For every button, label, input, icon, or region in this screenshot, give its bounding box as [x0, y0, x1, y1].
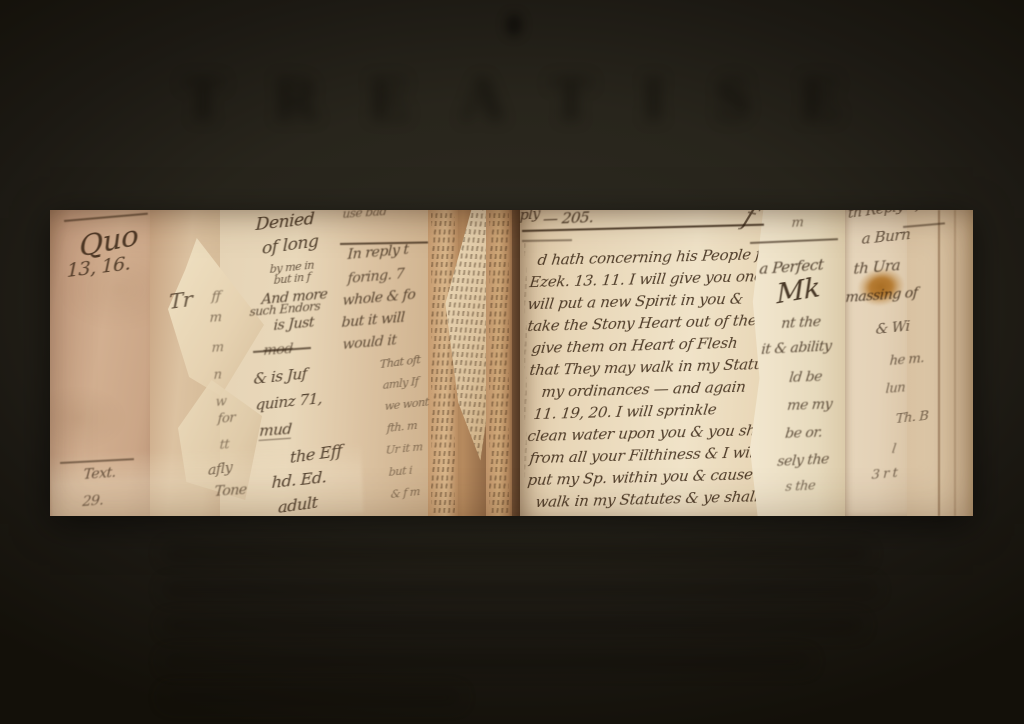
torn-overlay-strip: [750, 210, 845, 516]
right-page-strip: [907, 210, 973, 516]
manuscript-photo: d hath concerning his People fEzek. 13. …: [50, 210, 973, 516]
book-gutter-shadow: [508, 210, 520, 516]
ink-stain: [854, 263, 909, 310]
blurred-text-line: [163, 654, 811, 669]
blurred-text-line: [163, 582, 877, 597]
blurred-paragraph: [163, 546, 883, 724]
blurred-text-line: [163, 690, 461, 705]
blurred-text-line: [163, 546, 869, 561]
curled-pages: [428, 210, 520, 516]
background-title: TREATISE: [0, 64, 1024, 135]
blurred-text-line: [163, 618, 863, 633]
page: TREATISE d hath concerning his People fE…: [0, 0, 1024, 724]
page-ornament: [506, 14, 522, 36]
stained-page-strip: [845, 210, 907, 516]
paper-crease-line: [938, 210, 940, 516]
main-page-lines: d hath concerning his People fEzek. 13. …: [528, 246, 778, 510]
paper-crease-line: [954, 210, 956, 516]
bottom-paper-sheet: [50, 443, 363, 516]
